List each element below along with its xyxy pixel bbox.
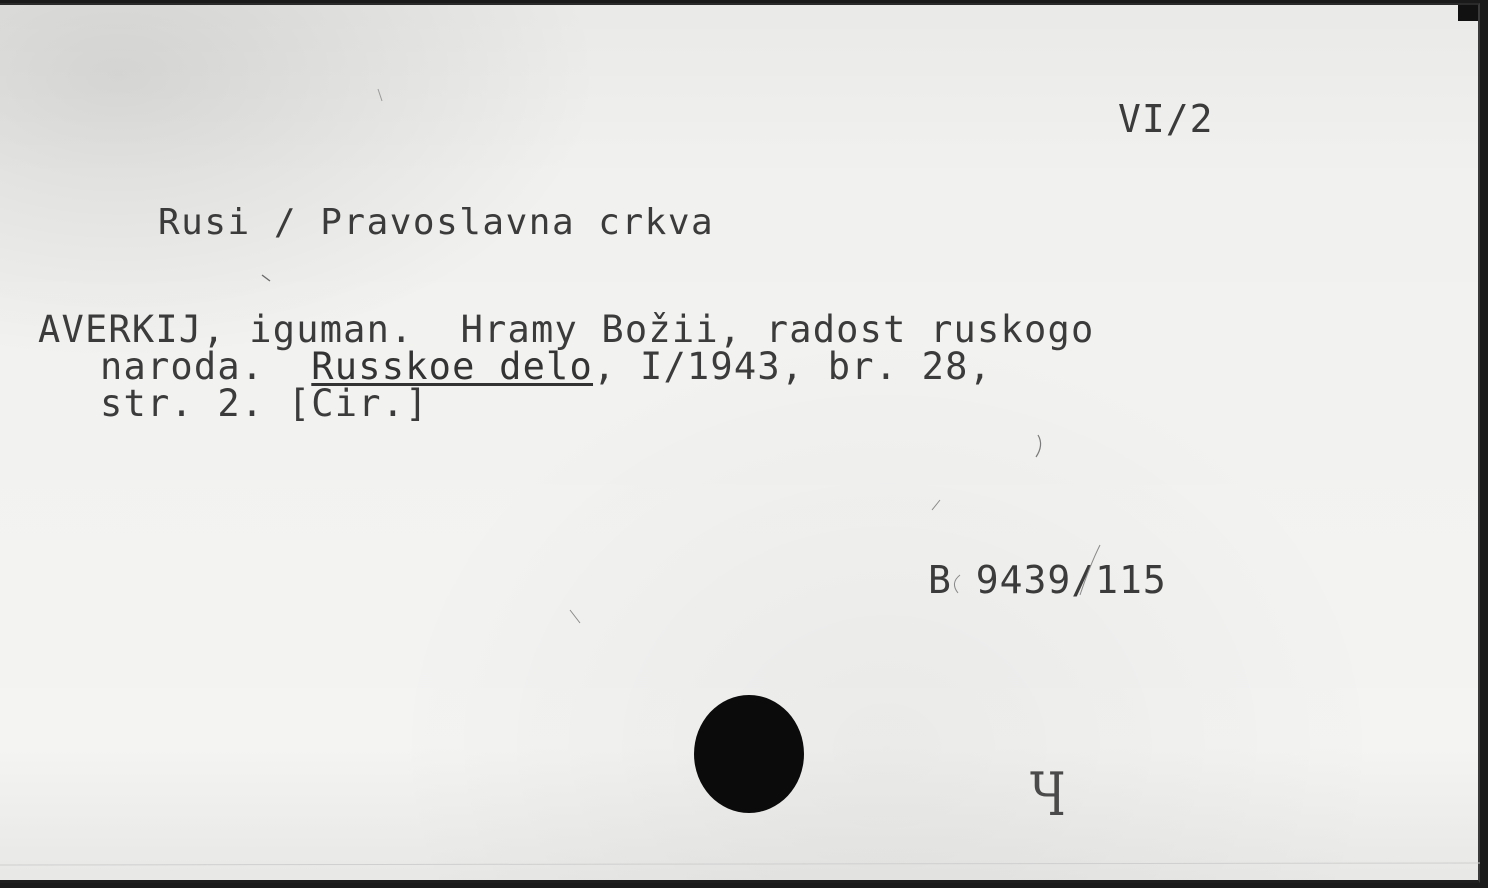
paper-texture-marks [0,5,1480,885]
catalog-card: VI/2 Rusi / Pravoslavna crkva AVERKIJ, i… [0,3,1480,883]
